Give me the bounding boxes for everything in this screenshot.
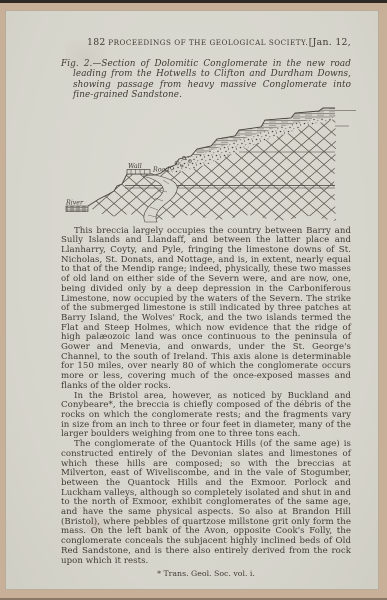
footnote: * Trans. Geol. Soc. vol. i. <box>61 569 351 578</box>
river-label: River <box>65 199 84 206</box>
page-content: 182 PROCEEDINGS OF THE GEOLOGICAL SOCIET… <box>5 10 379 578</box>
book-page: 182 PROCEEDINGS OF THE GEOLOGICAL SOCIET… <box>5 10 379 590</box>
paragraph-3: The conglomerate of the Quantock Hills (… <box>61 440 351 566</box>
geological-section-figure: Wall Road River <box>39 106 359 224</box>
road-label: Road <box>152 166 169 173</box>
paragraph-1: This breccia largely occupies the countr… <box>61 227 351 392</box>
wall-masonry <box>127 169 150 174</box>
paper-stain <box>65 40 105 74</box>
river-water <box>66 206 88 212</box>
header-date: [Jan. 12, <box>309 37 351 48</box>
paragraph-2: In the Bristol area, however, as noticed… <box>61 392 351 441</box>
wall-label: Wall <box>128 163 142 170</box>
section-drawing: Wall Road River <box>39 106 359 224</box>
scan-dark-edge-top <box>0 0 387 3</box>
running-title: PROCEEDINGS OF THE GEOLOGICAL SOCIETY. <box>106 38 309 47</box>
paper-stain <box>83 515 109 535</box>
